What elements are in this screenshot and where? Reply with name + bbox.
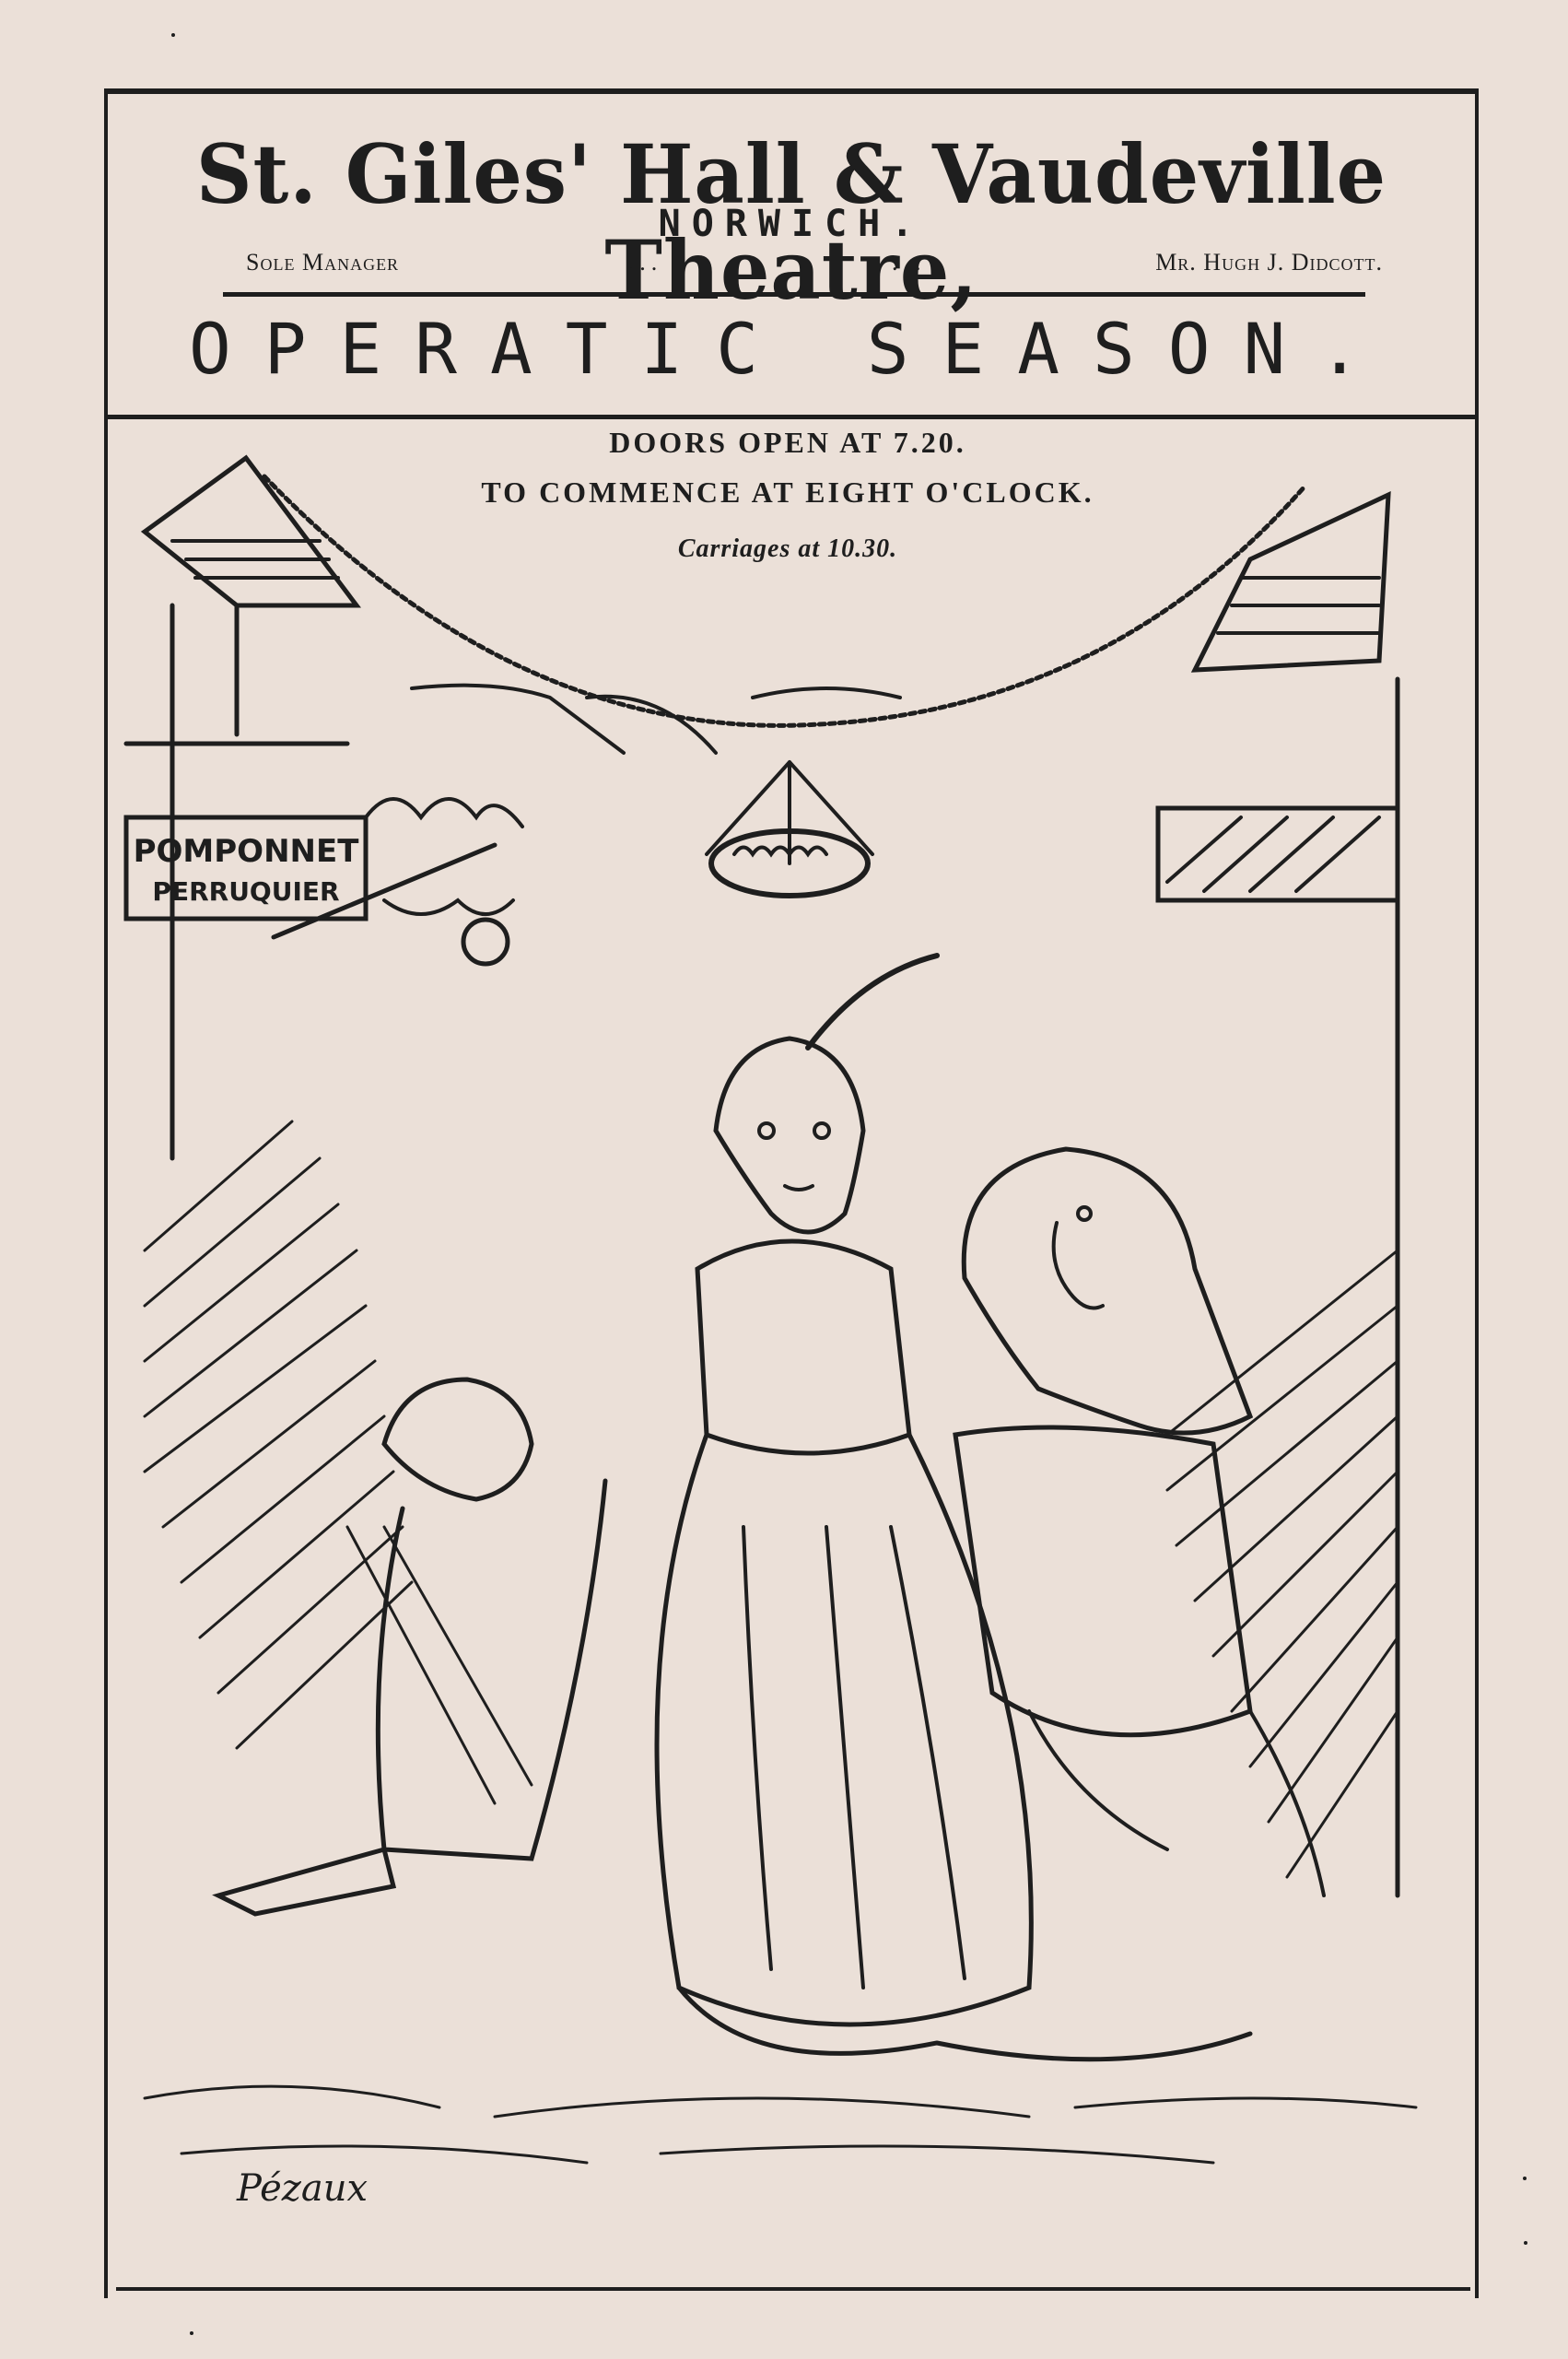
artist-signature: Pézaux: [237, 2167, 368, 2210]
season-banner: OPERATIC SEASON.: [108, 308, 1475, 390]
bottom-rule: [116, 2287, 1470, 2291]
ink-speck: [171, 33, 175, 37]
manager-label: Sole Manager: [246, 249, 399, 276]
ink-speck: [1524, 2241, 1527, 2245]
header-rule: [223, 292, 1365, 297]
banner-rule: [108, 415, 1475, 419]
city-name: NORWICH.: [108, 203, 1475, 245]
manager-line: Sole Manager ... ... Mr. Hugh J. Didcott…: [246, 249, 1383, 276]
shop-sign: POMPONNET PERRUQUIER: [126, 817, 366, 919]
sign-line-1: POMPONNET: [134, 833, 360, 870]
carriages-notice: Carriages at 10.30.: [104, 534, 1471, 564]
chandelier-icon: [707, 762, 872, 896]
commence-notice: TO COMMENCE AT EIGHT O'CLOCK.: [104, 475, 1471, 510]
engraving-illustration: POMPONNET PERRUQUIER: [108, 421, 1475, 2292]
right-house-icon: [1158, 495, 1398, 1895]
seated-woman-figure: [657, 956, 1250, 2060]
poster-frame: St. Giles' Hall & Vaudeville Theatre, NO…: [104, 88, 1479, 2298]
ink-speck: [1523, 2177, 1527, 2180]
manager-dots-2: ...: [892, 249, 927, 276]
sign-line-2: PERRUQUIER: [152, 876, 339, 907]
standing-woman-figure: [955, 1149, 1324, 1895]
ink-speck: [190, 2331, 193, 2335]
doors-open-notice: DOORS OPEN AT 7.20.: [104, 426, 1471, 460]
manager-dots-1: ...: [628, 249, 663, 276]
shading-hatch: [145, 1121, 1398, 1877]
kneeling-man-figure: [218, 1379, 605, 1914]
manager-name: Mr. Hugh J. Didcott.: [1155, 249, 1383, 276]
